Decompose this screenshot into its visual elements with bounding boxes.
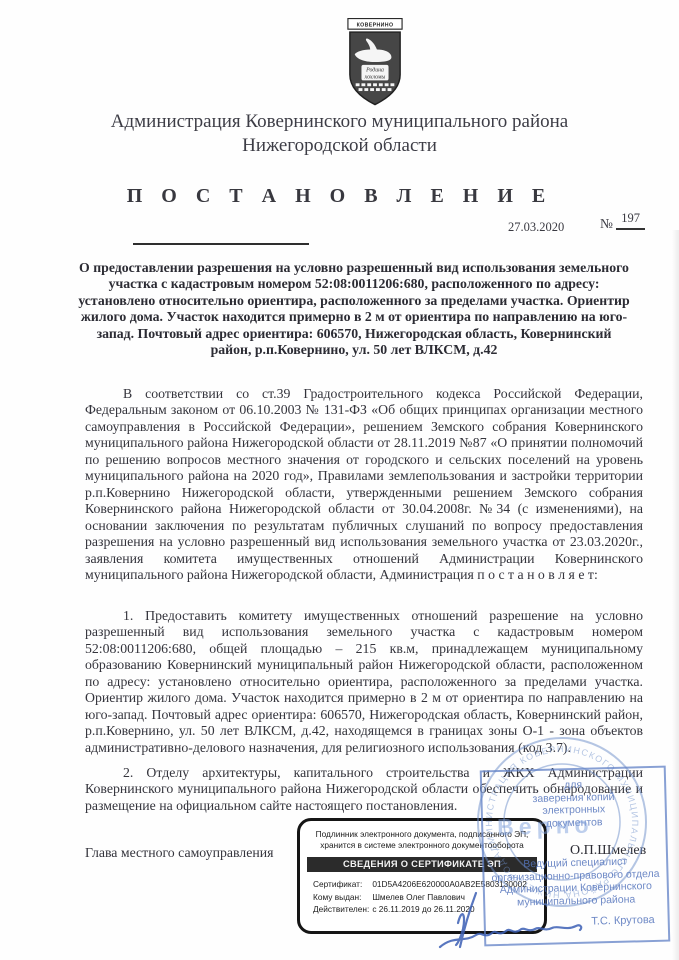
number-value: 197 <box>616 211 645 230</box>
signer-title: Глава местного самоуправления <box>85 845 273 861</box>
date-blank-line <box>133 243 309 245</box>
document-type-title: П О С Т А Н О В Л Е Н И Е <box>0 185 679 208</box>
esign-issued-label: Кому выдан: <box>313 891 370 904</box>
scan-edge-shadow <box>672 230 679 960</box>
kovernino-coat-of-arms-icon: КОВЕРНИНО Родина хохломы <box>346 18 404 108</box>
emblem-banner-text: КОВЕРНИНО <box>357 22 394 28</box>
organization-name: Администрация Ковернинского муниципально… <box>0 110 679 158</box>
document-page: КОВЕРНИНО Родина хохломы Администрация К… <box>0 0 679 960</box>
stamp-verno-word: Верно <box>497 812 594 842</box>
organization-name-line2: Нижегородской области <box>0 134 679 158</box>
esign-certificate-label: Сертификат: <box>313 878 370 891</box>
document-number: № 197 <box>600 216 645 236</box>
esign-validity-label: Действителен: <box>313 903 370 916</box>
number-sign: № <box>600 216 613 231</box>
emblem-motto-line1: Родина <box>365 67 384 74</box>
document-subject: О предоставлении разрешения на условно р… <box>78 260 630 358</box>
handwritten-signature <box>420 885 600 960</box>
document-date: 27.03.2020 <box>508 220 564 235</box>
body-intro-paragraph: В соответствии со ст.39 Градостроительно… <box>85 386 643 583</box>
emblem-motto-line2: хохломы <box>364 74 386 80</box>
organization-name-line1: Администрация Ковернинского муниципально… <box>0 110 679 134</box>
